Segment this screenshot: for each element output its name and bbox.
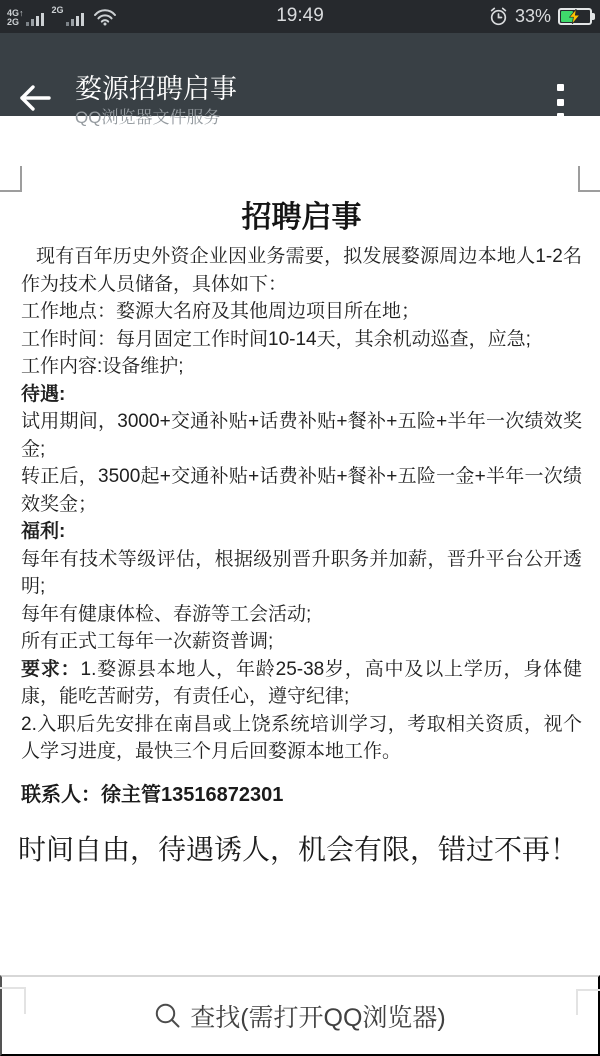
requirements-item-2: 2.入职后先安排在南昌或上饶系统培训学习，考取相关资质，视个人学习进度，最快三个… <box>21 711 582 766</box>
notice-title: 招聘启事 <box>21 200 582 236</box>
status-bar: 4G↑ 2G 2G 19:49 <box>0 0 600 33</box>
requirements-item-1: 1.婺源县本地人，年龄25-38岁，高中及以上学历，身体健康，能吃苦耐劳，有责任… <box>21 659 582 708</box>
status-right-cluster: 33% <box>488 5 592 27</box>
job-content-line: 工作内容:设备维护; <box>21 353 582 381</box>
battery-percent: 33% <box>515 6 551 27</box>
signal-cluster: 4G↑ 2G 2G <box>7 5 117 27</box>
find-label: 查找(需打开QQ浏览器) <box>190 998 446 1034</box>
page-corner-mark-top-right <box>578 166 600 192</box>
back-button[interactable] <box>18 83 52 113</box>
file-service-subtitle: QQ浏览器文件服务 <box>75 108 237 128</box>
document-page[interactable]: 招聘启事 现有百年历史外资企业因业务需要，拟发展婺源周边本地人1-2名作为技术人… <box>0 116 600 898</box>
phone-screen: 4G↑ 2G 2G 19:49 <box>0 0 600 1056</box>
battery-icon <box>558 8 592 25</box>
salary-heading: 待遇: <box>21 381 582 409</box>
back-arrow-icon <box>18 83 52 113</box>
slogan-line: 时间自由，待遇诱人，机会有限，错过不再！ <box>18 830 582 870</box>
page-corner-mark-top-left <box>0 166 22 192</box>
welfare-line-3: 所有正式工每年一次薪资普调; <box>21 628 582 656</box>
job-time-line: 工作时间：每月固定工作时间10-14天，其余机动巡查，应急; <box>21 326 582 354</box>
clock-time: 19:49 <box>276 4 324 28</box>
requirements-paragraph: 要求：1.婺源县本地人，年龄25-38岁，高中及以上学历，身体健康，能吃苦耐劳，… <box>21 656 582 711</box>
intro-paragraph: 现有百年历史外资企业因业务需要，拟发展婺源周边本地人1-2名作为技术人员储备，具… <box>21 243 582 298</box>
salary-trial-line: 试用期间，3000+交通补贴+话费补贴+餐补+五险+半年一次绩效奖金; <box>21 408 582 463</box>
contact-line: 联系人：徐主管13516872301 <box>21 781 582 809</box>
wifi-icon <box>93 8 117 26</box>
requirements-label: 要求： <box>21 659 81 680</box>
salary-regular-line: 转正后，3500起+交通补贴+话费补贴+餐补+五险一金+半年一次绩效奖金； <box>21 463 582 518</box>
sim2-signal-icon <box>66 13 86 26</box>
header-titles: 婺源招聘启事 QQ浏览器文件服务 <box>75 74 237 128</box>
sim1-network-label: 4G↑ 2G <box>7 9 24 27</box>
find-in-document-button[interactable]: 查找(需打开QQ浏览器) <box>0 975 600 1056</box>
overflow-menu-icon <box>557 84 564 91</box>
page-corner-mark-bottom-right <box>576 989 600 1015</box>
battery-nub <box>592 13 595 20</box>
welfare-line-2: 每年有健康体检、春游等工会活动; <box>21 601 582 629</box>
alarm-icon <box>488 6 509 27</box>
file-title: 婺源招聘启事 <box>75 74 237 104</box>
job-location-line: 工作地点：婺源大名府及其他周边项目所在地； <box>21 298 582 326</box>
charging-bolt-icon <box>569 9 580 24</box>
sim1-label-bottom: 2G <box>7 18 24 27</box>
search-icon <box>154 1002 181 1029</box>
sim2-network-label: 2G <box>52 6 64 15</box>
page-corner-mark-bottom-left <box>0 987 26 1014</box>
overflow-menu-button[interactable] <box>550 84 570 120</box>
welfare-line-1: 每年有技术等级评估，根据级别晋升职务并加薪，晋升平台公开透明; <box>21 546 582 601</box>
document-content: 招聘启事 现有百年历史外资企业因业务需要，拟发展婺源周边本地人1-2名作为技术人… <box>0 116 600 870</box>
app-header: 婺源招聘启事 QQ浏览器文件服务 <box>0 33 600 116</box>
sim1-signal-icon <box>26 13 46 26</box>
welfare-heading: 福利: <box>21 518 582 546</box>
